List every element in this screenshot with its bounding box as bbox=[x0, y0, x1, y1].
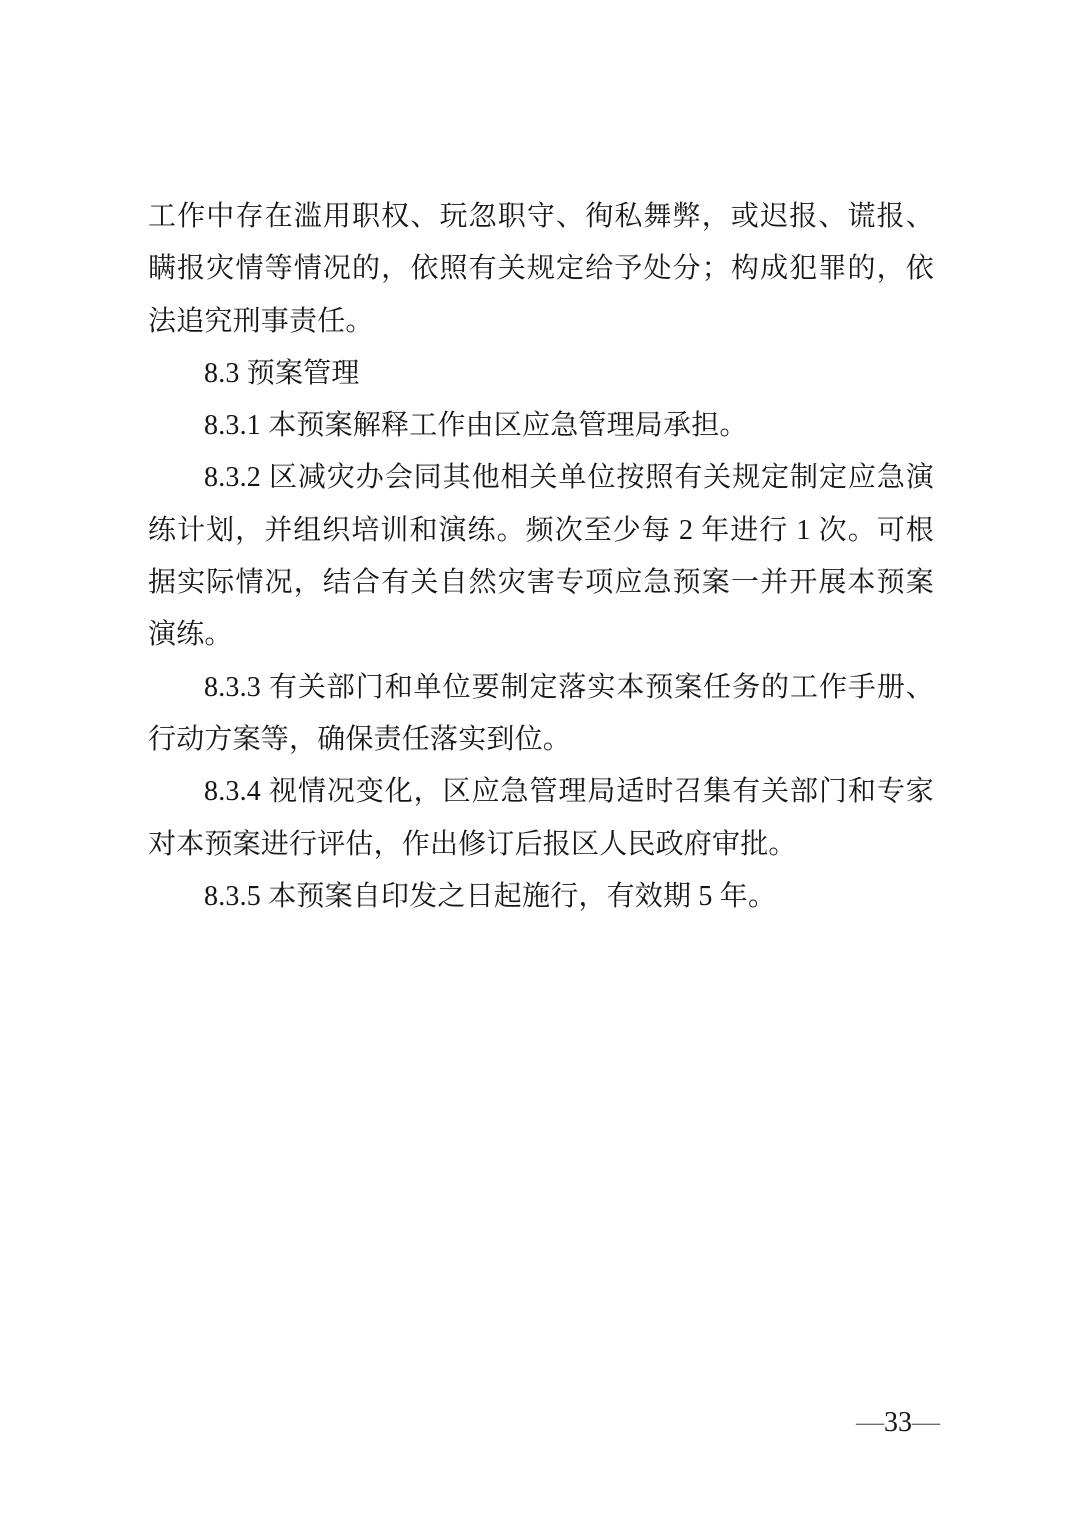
page-number-dash-right: — bbox=[912, 1407, 940, 1438]
paragraph-8-3-2: 8.3.2 区减灾办会同其他相关单位按照有关规定制定应急演练计划，并组织培训和演… bbox=[148, 452, 934, 661]
paragraph-8-3-4: 8.3.4 视情况变化，区应急管理局适时召集有关部门和专家对本预案进行评估，作出… bbox=[148, 766, 934, 871]
paragraph-8-3-3: 8.3.3 有关部门和单位要制定落实本预案任务的工作手册、行动方案等，确保责任落… bbox=[148, 662, 934, 767]
paragraph-8-3-5: 8.3.5 本预案自印发之日起施行，有效期 5 年。 bbox=[148, 871, 934, 923]
paragraph-8-3-1: 8.3.1 本预案解释工作由区应急管理局承担。 bbox=[148, 400, 934, 452]
page-number-value: 33 bbox=[884, 1407, 912, 1438]
page-number: —33— bbox=[856, 1406, 940, 1440]
section-heading-8-3: 8.3 预案管理 bbox=[148, 348, 934, 400]
page-number-dash-left: — bbox=[856, 1407, 884, 1438]
document-body: 工作中存在滥用职权、玩忽职守、徇私舞弊，或迟报、谎报、瞒报灾情等情况的，依照有关… bbox=[148, 191, 934, 923]
document-page: 工作中存在滥用职权、玩忽职守、徇私舞弊，或迟报、谎报、瞒报灾情等情况的，依照有关… bbox=[0, 0, 1074, 1520]
continuation-paragraph: 工作中存在滥用职权、玩忽职守、徇私舞弊，或迟报、谎报、瞒报灾情等情况的，依照有关… bbox=[148, 191, 934, 348]
